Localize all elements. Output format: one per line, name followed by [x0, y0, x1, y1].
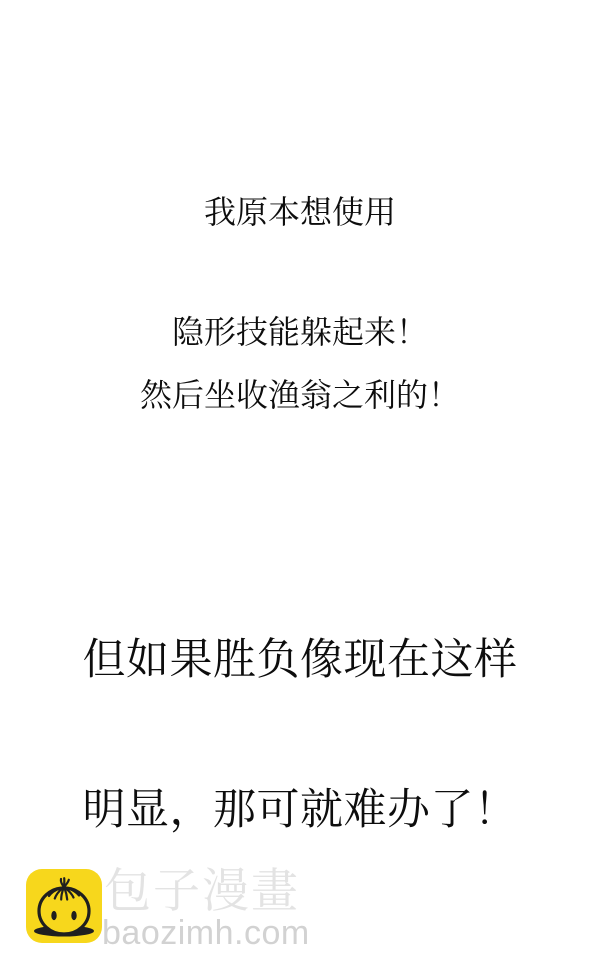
dialogue-line: 但如果胜负像现在这样	[0, 635, 600, 685]
bun-body	[39, 888, 89, 934]
dialogue-line: 我原本想使用	[0, 192, 600, 232]
watermark-site-name: 包子漫畫	[104, 866, 300, 916]
bun-eye-right	[71, 911, 76, 920]
bun-eye-left	[51, 911, 56, 920]
comic-page: 我原本想使用 隐形技能躲起来！ 然后坐收渔翁之利的！ 但如果胜负像现在这样 明显…	[0, 0, 600, 976]
baozi-bun-icon	[26, 869, 102, 943]
watermark-site-url: baozimh.com	[102, 915, 310, 951]
dialogue-line: 明显，那可就难办了！	[0, 785, 600, 835]
dialogue-block-2: 然后坐收渔翁之利的！	[0, 295, 600, 495]
dialogue-line: 然后坐收渔翁之利的！	[0, 375, 600, 415]
